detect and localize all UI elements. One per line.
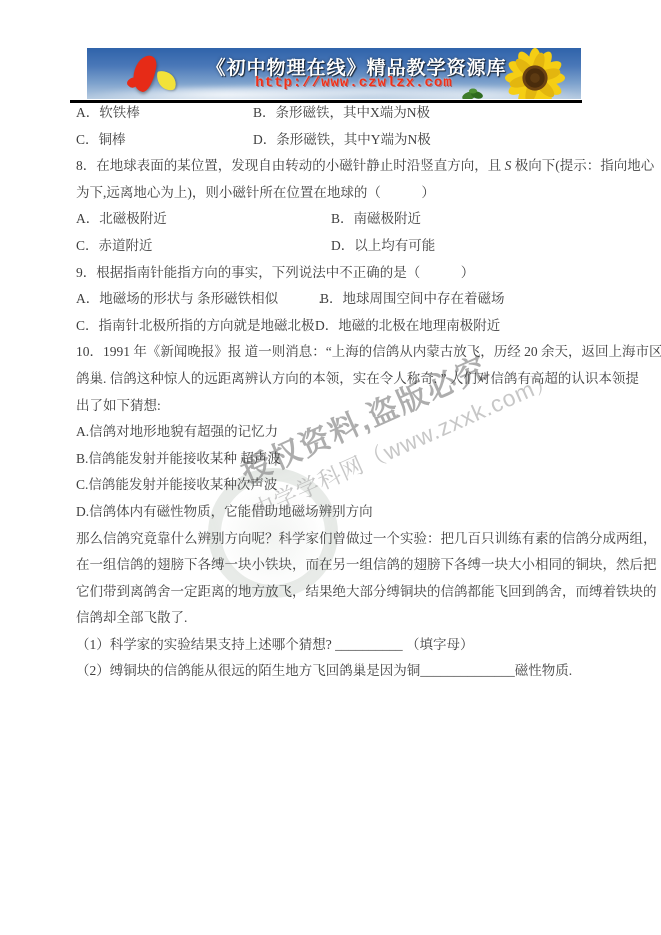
experiment-line-1: 那么信鸽究竟靠什么辨别方向呢？科学家们曾做过一个实验：把几百只训练有素的信鸽分成… bbox=[76, 526, 591, 553]
option-a: A．软铁棒 bbox=[76, 100, 253, 127]
option-a: A．北磁极附近 bbox=[76, 206, 331, 233]
experiment-line-3: 它们带到离鸽舍一定距离的地方放飞，结果绝大部分缚铜块的信鸽都能飞回到鸽舍，而缚着… bbox=[76, 579, 591, 606]
option-d: D．以上均有可能 bbox=[331, 238, 435, 253]
option-a: A．地磁场的形状与 条形磁铁相似 . bbox=[76, 286, 320, 313]
option-row: C．铜棒D．条形磁铁，其中Y端为N极 bbox=[76, 127, 591, 154]
option-b: B．南磁极附近 bbox=[331, 211, 421, 226]
sub-question-1: （1）科学家的实验结果支持上述哪个猜想? __________ （填字母） bbox=[76, 632, 591, 659]
sub-question-2: （2）缚铜块的信鸽能从很远的陌生地方飞回鸽巢是因为铜______________… bbox=[76, 658, 591, 685]
banner-url-link[interactable]: http://www.czwlzx.com bbox=[207, 75, 501, 91]
sunflower-icon bbox=[503, 48, 567, 99]
question-10-line-3: 出了如下猜想: bbox=[76, 393, 591, 420]
plant-icon bbox=[461, 84, 489, 99]
guess-d: D.信鸽体内有磁性物质，它能借助地磁场辨别方向 bbox=[76, 499, 591, 526]
experiment-line-2: 在一组信鸽的翅膀下各缚一块小铁块，而在另一组信鸽的翅膀下各缚一块大小相同的铜块，… bbox=[76, 552, 591, 579]
experiment-line-4: 信鸽却全部飞散了. bbox=[76, 605, 591, 632]
question-8-text: 极向下(提示：指向地心 bbox=[511, 158, 654, 173]
question-10-line-1: 10．1991 年《新闻晚报》报 道一则消息：“上海的信鸽从内蒙古放飞，历经 2… bbox=[76, 339, 591, 366]
option-row: A．软铁棒B．条形磁铁，其中X端为N极 bbox=[76, 100, 591, 127]
option-d: D．地磁的北极在地理南极附近 bbox=[315, 318, 500, 333]
site-banner: 《初中物理在线》精品教学资源库 http://www.czwlzx.com bbox=[87, 48, 581, 99]
question-8-text: 8．在地球表面的某位置，发现自由转动的小磁针静止时沿竖直方向，且 bbox=[76, 158, 505, 173]
document-page: 《初中物理在线》精品教学资源库 http://www.czwlzx.com bbox=[0, 0, 661, 935]
guess-b: B.信鸽能发射并能接收某种 超声波 bbox=[76, 446, 591, 473]
question-8-line-1: 8．在地球表面的某位置，发现自由转动的小磁针静止时沿竖直方向，且 S 极向下(提… bbox=[76, 153, 591, 180]
guess-a: A.信鸽对地形地貌有超强的记忆力 bbox=[76, 419, 591, 446]
question-8-line-2: 为下,远离地心为上)，则小磁针所在位置在地球的（ ） bbox=[76, 180, 591, 207]
option-row: C．指南针北极所指的方向就是地磁北极D．地磁的北极在地理南极附近 bbox=[76, 313, 591, 340]
option-row: A．北磁极附近B．南磁极附近 bbox=[76, 206, 591, 233]
option-c: C．铜棒 bbox=[76, 127, 253, 154]
option-b: B．地球周围空间中存在着磁场 bbox=[320, 291, 505, 306]
option-row: C．赤道附近D．以上均有可能 bbox=[76, 233, 591, 260]
option-b: B．条形磁铁，其中X端为N极 bbox=[253, 105, 430, 120]
document-content: A．软铁棒B．条形磁铁，其中X端为N极 C．铜棒D．条形磁铁，其中Y端为N极 8… bbox=[76, 100, 591, 685]
question-9-line: 9．根据指南针能指方向的事实，下列说法中不正确的是（ ） bbox=[76, 260, 591, 287]
option-c: C．指南针北极所指的方向就是地磁北极 bbox=[76, 313, 315, 340]
guess-c: C.信鸽能发射并能接收某种次声波 bbox=[76, 472, 591, 499]
option-d: D．条形磁铁，其中Y端为N极 bbox=[253, 132, 431, 147]
question-10-line-2: 鸽巢. 信鸽这种惊人的远距离辨认方向的本领，实在令人称奇. ” 人们对信鸽有高超… bbox=[76, 366, 591, 393]
option-c: C．赤道附近 bbox=[76, 233, 331, 260]
option-row: A．地磁场的形状与 条形磁铁相似 .B．地球周围空间中存在着磁场 bbox=[76, 286, 591, 313]
